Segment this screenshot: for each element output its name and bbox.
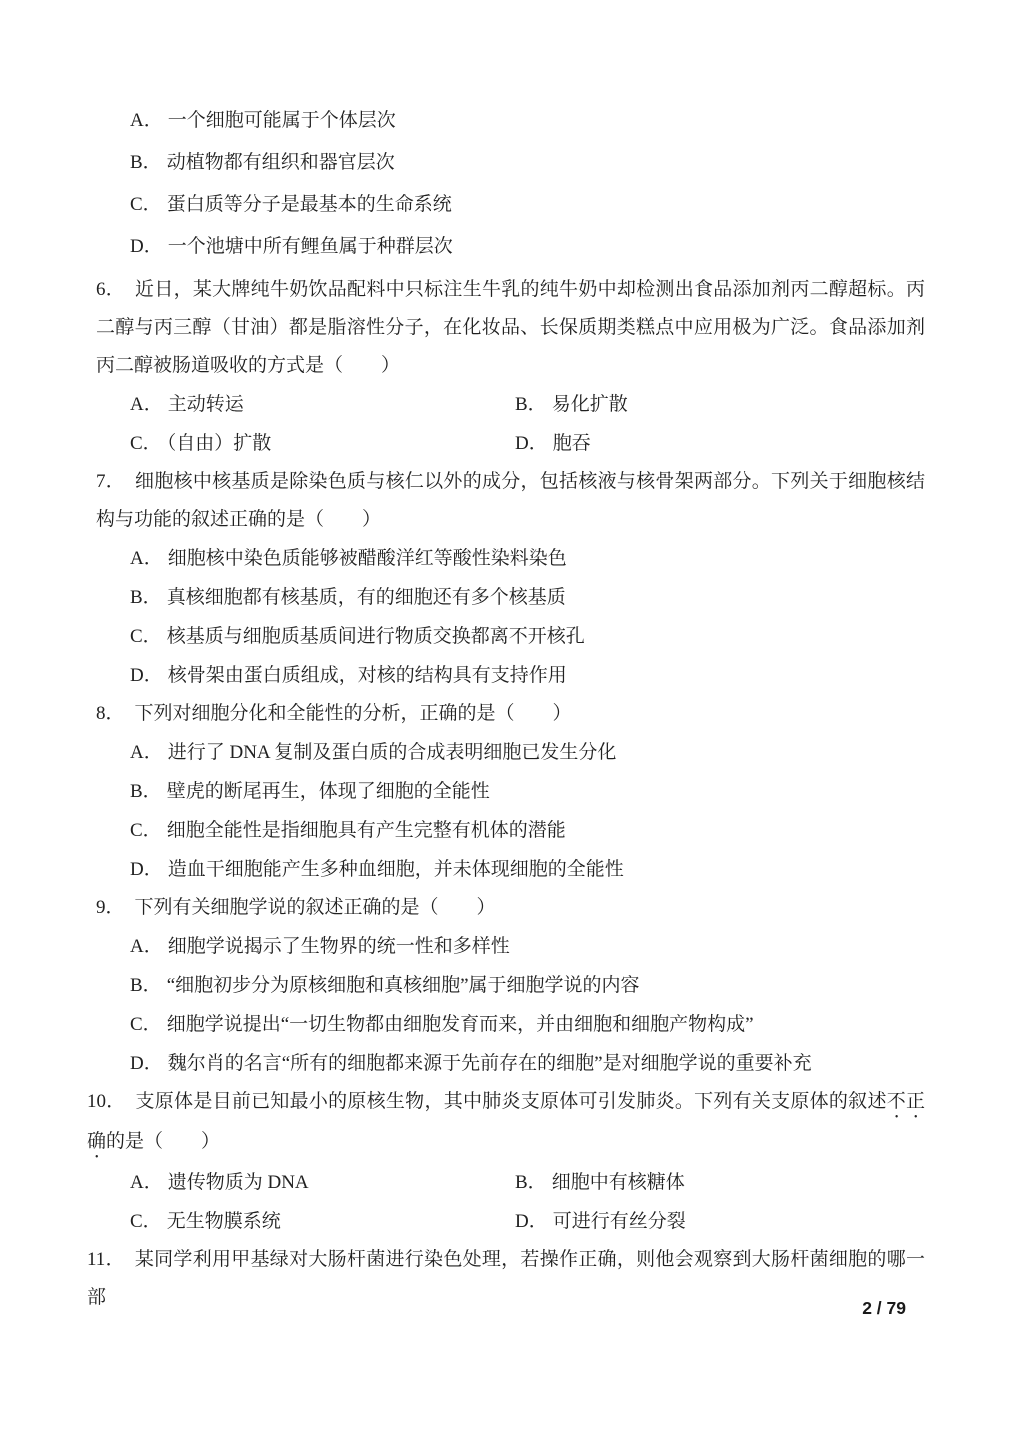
question-5-options: A．一个细胞可能属于个体层次 B．动植物都有组织和器官层次 C．蛋白质等分子是最…: [96, 100, 925, 268]
option-8-C-text: 细胞全能性是指细胞具有产生完整有机体的潜能: [167, 820, 566, 841]
question-6-options: A．主动转运 B．易化扩散 C．（自由）扩散 D．胞吞: [96, 385, 925, 463]
option-8-C-label: C．: [130, 820, 167, 841]
question-7-stem: 7．细胞核中核基质是除染色质与核仁以外的成分，包括核液与核骨架两部分。下列关于细…: [96, 463, 925, 539]
question-6-text: 近日，某大牌纯牛奶饮品配料中只标注生牛乳的纯牛奶中却检测出食品添加剂丙二醇超标。…: [96, 279, 925, 376]
option-8-C: C．细胞全能性是指细胞具有产生完整有机体的潜能: [130, 811, 925, 850]
question-10-text-before: 支原体是目前已知最小的原核生物，其中肺炎支原体可引发肺炎。下列有关支原体的叙述: [136, 1091, 887, 1112]
option-6-A-text: 主动转运: [168, 394, 244, 415]
question-10-options: A．遗传物质为 DNA B．细胞中有核糖体 C．无生物膜系统 D．可进行有丝分裂: [96, 1163, 925, 1241]
question-10-stem: 10．支原体是目前已知最小的原核生物，其中肺炎支原体可引发肺炎。下列有关支原体的…: [87, 1083, 925, 1163]
option-9-C-label: C．: [130, 1014, 167, 1035]
option-8-D-label: D．: [130, 859, 168, 880]
question-8-stem: 8．下列对细胞分化和全能性的分析，正确的是（ ）: [96, 695, 925, 733]
option-8-B-label: B．: [130, 781, 167, 802]
option-10-A: A．遗传物质为 DNA: [130, 1163, 515, 1202]
question-9-options: A．细胞学说揭示了生物界的统一性和多样性 B．“细胞初步分为原核细胞和真核细胞”…: [96, 927, 925, 1083]
question-6-stem: 6．近日，某大牌纯牛奶饮品配料中只标注生牛乳的纯牛奶中却检测出食品添加剂丙二醇超…: [96, 271, 925, 385]
option-9-A: A．细胞学说揭示了生物界的统一性和多样性: [130, 927, 925, 966]
option-10-D-label: D．: [515, 1211, 553, 1232]
option-7-B-label: B．: [130, 587, 167, 608]
option-10-B-label: B．: [515, 1172, 552, 1193]
option-10-C: C．无生物膜系统: [130, 1202, 515, 1241]
option-9-D: D．魏尔肖的名言“所有的细胞都来源于先前存在的细胞”是对细胞学说的重要补充: [130, 1044, 925, 1083]
option-9-A-text: 细胞学说揭示了生物界的统一性和多样性: [168, 936, 510, 957]
option-9-C-text: 细胞学说提出“一切生物都由细胞发育而来，并由细胞和细胞产物构成”: [167, 1014, 754, 1035]
question-7-options: A．细胞核中染色质能够被醋酸洋红等酸性染料染色 B．真核细胞都有核基质，有的细胞…: [96, 539, 925, 695]
option-8-A: A．进行了 DNA 复制及蛋白质的合成表明细胞已发生分化: [130, 733, 925, 772]
option-10-B-text: 细胞中有核糖体: [552, 1172, 685, 1193]
option-7-A-label: A．: [130, 548, 168, 569]
option-5-B-label: B．: [130, 152, 167, 173]
option-7-A: A．细胞核中染色质能够被醋酸洋红等酸性染料染色: [130, 539, 925, 578]
option-5-B-text: 动植物都有组织和器官层次: [167, 152, 395, 173]
option-6-C-label: C．: [130, 433, 167, 454]
option-10-B: B．细胞中有核糖体: [515, 1163, 685, 1202]
question-6-number: 6．: [96, 279, 135, 300]
question-10-options-row-2: C．无生物膜系统 D．可进行有丝分裂: [130, 1202, 925, 1241]
option-10-C-text: 无生物膜系统: [167, 1211, 281, 1232]
option-6-D-label: D．: [515, 433, 553, 454]
option-5-A: A．一个细胞可能属于个体层次: [130, 100, 925, 142]
question-10-number: 10．: [87, 1091, 136, 1112]
option-5-C-label: C．: [130, 194, 167, 215]
option-10-C-label: C．: [130, 1211, 167, 1232]
question-8-options: A．进行了 DNA 复制及蛋白质的合成表明细胞已发生分化 B．壁虎的断尾再生，体…: [96, 733, 925, 889]
option-8-B-text: 壁虎的断尾再生，体现了细胞的全能性: [167, 781, 490, 802]
option-6-B-text: 易化扩散: [552, 394, 628, 415]
option-5-A-text: 一个细胞可能属于个体层次: [168, 110, 396, 131]
option-9-B: B．“细胞初步分为原核细胞和真核细胞”属于细胞学说的内容: [130, 966, 925, 1005]
option-9-B-text: “细胞初步分为原核细胞和真核细胞”属于细胞学说的内容: [167, 975, 640, 996]
option-9-D-text: 魏尔肖的名言“所有的细胞都来源于先前存在的细胞”是对细胞学说的重要补充: [168, 1053, 812, 1074]
option-8-A-text: 进行了 DNA 复制及蛋白质的合成表明细胞已发生分化: [168, 742, 617, 763]
option-7-B-text: 真核细胞都有核基质，有的细胞还有多个核基质: [167, 587, 566, 608]
option-7-D: D．核骨架由蛋白质组成，对核的结构具有支持作用: [130, 656, 925, 695]
option-7-C: C．核基质与细胞质基质间进行物质交换都离不开核孔: [130, 617, 925, 656]
option-6-B-label: B．: [515, 394, 552, 415]
option-7-C-label: C．: [130, 626, 167, 647]
option-9-A-label: A．: [130, 936, 168, 957]
option-7-D-text: 核骨架由蛋白质组成，对核的结构具有支持作用: [168, 665, 567, 686]
question-8-text: 下列对细胞分化和全能性的分析，正确的是（ ）: [135, 703, 572, 724]
option-6-C: C．（自由）扩散: [130, 424, 515, 463]
option-6-A-label: A．: [130, 394, 168, 415]
question-10-text-after: 的是（ ）: [106, 1131, 220, 1152]
question-9-number: 9．: [96, 897, 135, 918]
option-5-C: C．蛋白质等分子是最基本的生命系统: [130, 184, 925, 226]
option-7-B: B．真核细胞都有核基质，有的细胞还有多个核基质: [130, 578, 925, 617]
option-6-A: A．主动转运: [130, 385, 515, 424]
question-11-stem: 11．某同学利用甲基绿对大肠杆菌进行染色处理，若操作正确，则他会观察到大肠杆菌细…: [87, 1241, 925, 1317]
option-8-D: D．造血干细胞能产生多种血细胞，并未体现细胞的全能性: [130, 850, 925, 889]
exam-page: A．一个细胞可能属于个体层次 B．动植物都有组织和器官层次 C．蛋白质等分子是最…: [0, 0, 1020, 1430]
question-8-number: 8．: [96, 703, 135, 724]
option-9-D-label: D．: [130, 1053, 168, 1074]
question-10-options-row-1: A．遗传物质为 DNA B．细胞中有核糖体: [130, 1163, 925, 1202]
question-11-number: 11．: [87, 1249, 135, 1270]
question-6-options-row-1: A．主动转运 B．易化扩散: [130, 385, 925, 424]
option-6-D: D．胞吞: [515, 424, 591, 463]
option-9-B-label: B．: [130, 975, 167, 996]
question-7-number: 7．: [96, 471, 135, 492]
option-8-D-text: 造血干细胞能产生多种血细胞，并未体现细胞的全能性: [168, 859, 624, 880]
option-6-D-text: 胞吞: [553, 433, 591, 454]
option-10-A-text: 遗传物质为 DNA: [168, 1172, 309, 1193]
option-6-C-text: （自由）扩散: [167, 433, 272, 454]
question-6-options-row-2: C．（自由）扩散 D．胞吞: [130, 424, 925, 463]
option-6-B: B．易化扩散: [515, 385, 628, 424]
option-7-D-label: D．: [130, 665, 168, 686]
option-5-D: D．一个池塘中所有鲤鱼属于种群层次: [130, 226, 925, 268]
option-5-D-text: 一个池塘中所有鲤鱼属于种群层次: [168, 236, 453, 257]
option-8-B: B．壁虎的断尾再生，体现了细胞的全能性: [130, 772, 925, 811]
question-11-text: 某同学利用甲基绿对大肠杆菌进行染色处理，若操作正确，则他会观察到大肠杆菌细胞的哪…: [87, 1249, 925, 1308]
option-5-D-label: D．: [130, 236, 168, 257]
option-5-A-label: A．: [130, 110, 168, 131]
option-9-C: C．细胞学说提出“一切生物都由细胞发育而来，并由细胞和细胞产物构成”: [130, 1005, 925, 1044]
option-10-A-label: A．: [130, 1172, 168, 1193]
option-7-C-text: 核基质与细胞质基质间进行物质交换都离不开核孔: [167, 626, 585, 647]
option-10-D: D．可进行有丝分裂: [515, 1202, 686, 1241]
option-8-A-label: A．: [130, 742, 168, 763]
option-7-A-text: 细胞核中染色质能够被醋酸洋红等酸性染料染色: [168, 548, 567, 569]
option-5-B: B．动植物都有组织和器官层次: [130, 142, 925, 184]
option-10-D-text: 可进行有丝分裂: [553, 1211, 686, 1232]
question-9-text: 下列有关细胞学说的叙述正确的是（ ）: [135, 897, 496, 918]
page-content: A．一个细胞可能属于个体层次 B．动植物都有组织和器官层次 C．蛋白质等分子是最…: [96, 100, 925, 1317]
page-number: 2 / 79: [862, 1296, 906, 1320]
question-7-text: 细胞核中核基质是除染色质与核仁以外的成分，包括核液与核骨架两部分。下列关于细胞核…: [96, 471, 925, 530]
question-9-stem: 9．下列有关细胞学说的叙述正确的是（ ）: [96, 889, 925, 927]
option-5-C-text: 蛋白质等分子是最基本的生命系统: [167, 194, 452, 215]
